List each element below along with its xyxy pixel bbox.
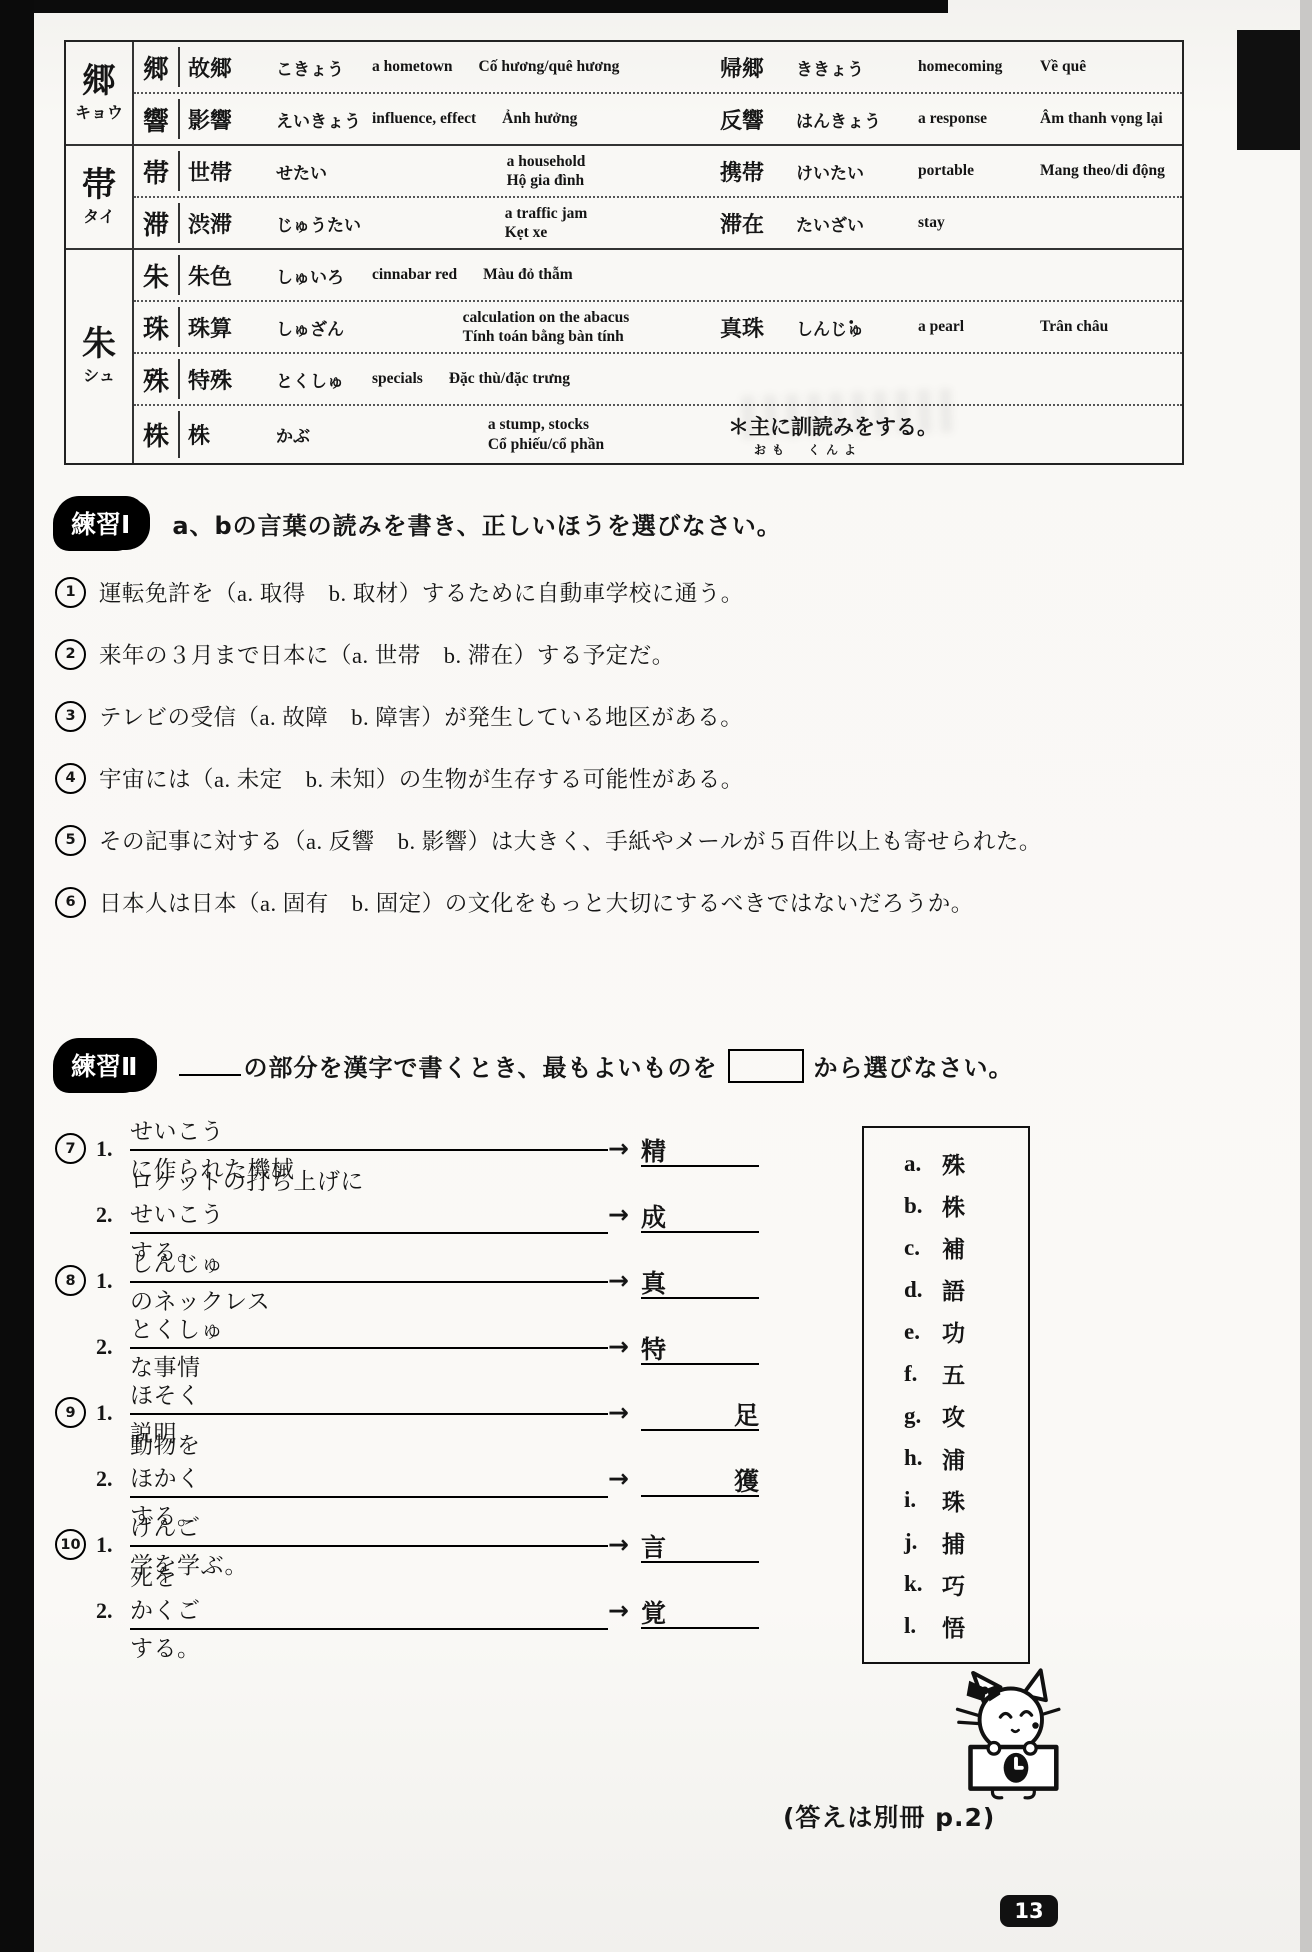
option-key: d. <box>904 1277 930 1303</box>
option-key: b. <box>904 1193 930 1219</box>
table-row: 朱朱色しゅいろcinnabar redMàu đỏ thẫm <box>134 250 1182 300</box>
compound-reading: せたい <box>276 159 372 184</box>
option-item: f.五 <box>904 1357 1028 1390</box>
question-number: 7 <box>55 1133 86 1164</box>
group-head-kanji: 帯 <box>82 168 116 202</box>
compound-reading: しゅいろ <box>276 263 372 288</box>
sub-number: 2. <box>96 1466 130 1492</box>
arrow-icon: → <box>608 1464 629 1493</box>
option-kanji: 浦 <box>942 1442 965 1475</box>
row-kanji: 郷 <box>134 47 180 87</box>
question-number: 1 <box>55 577 86 608</box>
compound-word-2: 携帯 <box>720 156 796 187</box>
page-number-badge: 13 <box>1000 1895 1058 1927</box>
option-key: i. <box>904 1487 930 1513</box>
sub-number: 1. <box>96 1268 130 1294</box>
meaning-en-2: portable <box>918 162 1040 180</box>
meaning-en-2: homecoming <box>918 58 1040 76</box>
sub-number: 2. <box>96 1598 130 1624</box>
practice1-header: 練習Ⅰ a、bの言葉の読みを書き、正しいほうを選びなさい。 <box>55 496 1275 550</box>
question-number: 9 <box>55 1397 86 1428</box>
option-key: a. <box>904 1151 930 1177</box>
meaning-vi-2: Mang theo/di động <box>1040 162 1182 180</box>
option-key: c. <box>904 1235 930 1261</box>
option-kanji: 悟 <box>942 1610 965 1643</box>
answer-blank: 成 <box>641 1197 759 1233</box>
practice2-label: 練習Ⅱ <box>55 1038 153 1092</box>
option-kanji: 五 <box>942 1357 965 1390</box>
choice-box-icon <box>728 1049 804 1083</box>
item-text: とくしゅな事情 <box>130 1311 608 1382</box>
meaning-cell: a householdHộ gia đình <box>372 152 720 191</box>
compound-reading: しゅざん <box>276 315 372 340</box>
item-text: しんじゅのネックレス <box>130 1245 608 1316</box>
meaning-vi: Kẹt xe <box>505 223 588 242</box>
sub-number: 1. <box>96 1532 130 1558</box>
meaning-en-2: stay <box>918 214 1040 232</box>
answer-kanji: 成 <box>641 1206 666 1231</box>
compound-reading: かぶ <box>276 422 372 447</box>
meaning-en: cinnabar red <box>372 265 457 284</box>
underlined-reading: ほそく <box>130 1377 608 1415</box>
option-kanji: 攻 <box>942 1399 965 1432</box>
question-text: 来年の３月まで日本に（a. 世帯 b. 滞在）する予定だ。 <box>99 638 675 670</box>
text-segment: 死を <box>130 1559 608 1592</box>
table-row: 株株かぶa stump, stocksCổ phiếu/cổ phần＊主に訓読… <box>134 404 1182 463</box>
compound-reading: こきょう <box>276 55 372 80</box>
row-kanji: 珠 <box>134 307 180 347</box>
table-row: 響影響えいきょうinfluence, effectẢnh hưởng反響はんきょ… <box>134 92 1182 144</box>
item-text: 死をかくごする。 <box>130 1559 608 1663</box>
question-text: 日本人は日本（a. 固有 b. 固定）の文化をもっと大切にするべきではないだろう… <box>99 886 974 918</box>
practice2-item: 2.とくしゅな事情→特 <box>55 1328 1285 1365</box>
scan-top-edge <box>0 0 948 13</box>
underlined-reading: かくご <box>130 1592 608 1630</box>
kanji-group: 郷キョウ郷故郷こきょうa hometownCố hương/quê hương帰… <box>66 42 1182 144</box>
row-kanji: 殊 <box>134 359 180 399</box>
arrow-icon: → <box>608 1134 629 1163</box>
row-kanji: 株 <box>134 411 180 458</box>
option-item: b.株 <box>904 1189 1028 1222</box>
group-head-reading: キョウ <box>75 100 123 123</box>
compound-word: 影響 <box>180 104 276 135</box>
meaning-cell: specialsĐặc thù/đặc trưng <box>372 369 720 388</box>
compound-reading: じゅうたい <box>276 211 372 236</box>
compound-word: 朱色 <box>180 260 276 291</box>
underlined-reading: げんご <box>130 1509 608 1547</box>
practice2-item: 91.ほそく説明→足 <box>55 1394 1285 1431</box>
practice2-item: 101.げんご学を学ぶ。→言 <box>55 1526 1285 1563</box>
practice1-instruction: a、bの言葉の読みを書き、正しいほうを選びなさい。 <box>172 506 781 541</box>
practice2-item: 81.しんじゅのネックレス→真 <box>55 1262 1285 1299</box>
question-number: 5 <box>55 825 86 856</box>
group-head: 帯タイ <box>66 146 134 248</box>
meaning-cell: a stump, stocksCổ phiếu/cổ phần <box>372 415 720 454</box>
meaning-en: a stump, stocks <box>488 415 604 434</box>
meaning-vi: Màu đỏ thẫm <box>483 265 573 284</box>
arrow-icon: → <box>608 1266 629 1295</box>
underlined-reading: せいこう <box>130 1196 608 1234</box>
practice2-item: 71.せいこうに作られた機械→精 <box>55 1130 1285 1167</box>
answer-blank: 足 <box>641 1395 759 1431</box>
scanned-textbook-page: 郷キョウ郷故郷こきょうa hometownCố hương/quê hương帰… <box>0 0 1312 1952</box>
compound-reading-2: ききょう <box>796 55 918 80</box>
group-head: 朱シュ <box>66 250 134 463</box>
sub-number: 2. <box>96 1202 130 1228</box>
compound-reading-2: はんきょう <box>796 107 918 132</box>
option-key: e. <box>904 1319 930 1345</box>
row-kanji: 帯 <box>134 151 180 191</box>
meaning-en: a traffic jam <box>505 204 588 223</box>
option-key: j. <box>904 1529 930 1555</box>
compound-reading: とくしゅ <box>276 367 372 392</box>
table-footnote: ＊主に訓読みをする。おも くんよ <box>720 411 1182 458</box>
answer-kanji: 真 <box>641 1272 666 1297</box>
option-item: a.殊 <box>904 1147 1028 1180</box>
question-number: 2 <box>55 639 86 670</box>
meaning-cell: a traffic jamKẹt xe <box>372 204 720 243</box>
compound-reading-2: しんじ̇ゅ <box>796 315 918 340</box>
option-kanji: 株 <box>942 1189 965 1222</box>
option-kanji: 巧 <box>942 1568 965 1601</box>
underlined-reading: とくしゅ <box>130 1311 608 1349</box>
option-item: c.補 <box>904 1231 1028 1264</box>
practice2-instruction-after: から選びなさい。 <box>814 1054 1014 1082</box>
meaning-en: a hometown <box>372 57 453 76</box>
sub-number: 2. <box>96 1334 130 1360</box>
meaning-vi-2: Âm thanh vọng lại <box>1040 110 1182 128</box>
option-key: l. <box>904 1613 930 1639</box>
arrow-icon: → <box>608 1398 629 1427</box>
option-kanji: 捕 <box>942 1526 965 1559</box>
practice1-section: 練習Ⅰ a、bの言葉の読みを書き、正しいほうを選びなさい。 1運転免許を（a. … <box>55 496 1275 948</box>
table-row: 殊特殊とくしゅspecialsĐặc thù/đặc trưng <box>134 352 1182 404</box>
scan-left-edge <box>0 0 34 1952</box>
meaning-vi: Cổ phiếu/cổ phần <box>488 435 604 454</box>
kanji-options-box: a.殊b.株c.補d.語e.功f.五g.攻h.浦i.珠j.捕k.巧l.悟 <box>862 1126 1030 1664</box>
option-item: l.悟 <box>904 1610 1028 1643</box>
group-head-kanji: 朱 <box>82 327 116 361</box>
option-kanji: 殊 <box>942 1147 965 1180</box>
answer-blank: 言 <box>641 1527 759 1563</box>
arrow-icon: → <box>608 1200 629 1229</box>
meaning-cell: a hometownCố hương/quê hương <box>372 57 720 76</box>
cat-mascot-illustration <box>938 1662 1068 1832</box>
text-segment: 動物を <box>130 1427 608 1460</box>
meaning-vi: Tính toán bằng bàn tính <box>463 327 630 346</box>
group-rows: 郷故郷こきょうa hometownCố hương/quê hương帰郷ききょ… <box>134 42 1182 144</box>
group-head: 郷キョウ <box>66 42 134 144</box>
table-row: 郷故郷こきょうa hometownCố hương/quê hương帰郷ききょ… <box>134 42 1182 92</box>
practice2-header: 練習Ⅱ の部分を漢字で書くとき、最もよいものをから選びなさい。 <box>55 1038 1285 1092</box>
table-row: 帯世帯せたいa householdHộ gia đình携帯けいたいportab… <box>134 146 1182 196</box>
meaning-vi: Hộ gia đình <box>507 171 586 190</box>
question-number: 3 <box>55 701 86 732</box>
option-item: j.捕 <box>904 1526 1028 1559</box>
answer-blank: 覚 <box>641 1593 759 1629</box>
kanji-table-body: 郷キョウ郷故郷こきょうa hometownCố hương/quê hương帰… <box>66 42 1182 463</box>
table-row: 珠珠算しゅざんcalculation on the abacusTính toá… <box>134 300 1182 352</box>
practice1-question: 2来年の３月まで日本に（a. 世帯 b. 滞在）する予定だ。 <box>55 638 1275 670</box>
compound-word-2: 滞在 <box>720 208 796 239</box>
underlined-reading: しんじゅ <box>130 1245 608 1283</box>
practice2-item: 2.ロケットの打ち上げにせいこうする。→成 <box>55 1196 1285 1233</box>
meaning-en-2: a response <box>918 110 1040 128</box>
answer-blank: 精 <box>641 1131 759 1167</box>
meaning-vi-2: Về quê <box>1040 58 1182 76</box>
option-key: k. <box>904 1571 930 1597</box>
chapter-tab-marker <box>1237 30 1303 150</box>
meaning-en: influence, effect <box>372 109 476 128</box>
option-item: h.浦 <box>904 1442 1028 1475</box>
group-head-reading: シュ <box>83 363 115 386</box>
answer-kanji: 足 <box>734 1404 759 1429</box>
option-key: f. <box>904 1361 930 1387</box>
compound-word: 珠算 <box>180 312 276 343</box>
answer-kanji: 特 <box>641 1338 666 1363</box>
practice1-question: 3テレビの受信（a. 故障 b. 障害）が発生している地区がある。 <box>55 700 1275 732</box>
compound-reading: えいきょう <box>276 107 372 132</box>
meaning-en: calculation on the abacus <box>463 308 630 327</box>
question-number: 10 <box>55 1529 86 1560</box>
meaning-cell: calculation on the abacusTính toán bằng … <box>372 308 720 347</box>
group-head-kanji: 郷 <box>82 64 116 98</box>
kanji-group: 朱シュ朱朱色しゅいろcinnabar redMàu đỏ thẫm珠珠算しゅざん… <box>66 248 1182 463</box>
practice1-question: 6日本人は日本（a. 固有 b. 固定）の文化をもっと大切にするべきではないだろ… <box>55 886 1275 918</box>
meaning-vi: Ảnh hưởng <box>502 109 577 128</box>
compound-word: 渋滞 <box>180 208 276 239</box>
meaning-vi-2: Trân châu <box>1040 318 1182 336</box>
table-row: 滞渋滞じゅうたいa traffic jamKẹt xe滞在たいざいstay <box>134 196 1182 248</box>
text-segment: する。 <box>130 1630 608 1663</box>
arrow-icon: → <box>608 1332 629 1361</box>
text-segment: ロケットの打ち上げに <box>130 1163 608 1196</box>
option-kanji: 補 <box>942 1231 965 1264</box>
answer-kanji: 覚 <box>641 1602 666 1627</box>
option-key: h. <box>904 1445 930 1471</box>
sub-number: 1. <box>96 1136 130 1162</box>
footnote-text: ＊主に訓読みをする。 <box>728 411 1182 441</box>
compound-reading-2: けいたい <box>796 159 918 184</box>
row-kanji: 響 <box>134 99 180 139</box>
practice2-items: 71.せいこうに作られた機械→精2.ロケットの打ち上げにせいこうする。→成81.… <box>55 1130 1285 1629</box>
compound-word: 故郷 <box>180 52 276 83</box>
underlined-reading: せいこう <box>130 1113 608 1151</box>
row-kanji: 朱 <box>134 255 180 295</box>
meaning-vi: Cố hương/quê hương <box>479 57 620 76</box>
compound-word-2: 真珠 <box>720 312 796 343</box>
group-rows: 朱朱色しゅいろcinnabar redMàu đỏ thẫm珠珠算しゅざんcal… <box>134 250 1182 463</box>
question-text: テレビの受信（a. 故障 b. 障害）が発生している地区がある。 <box>99 700 743 732</box>
question-text: 運転免許を（a. 取得 b. 取材）するために自動車学校に通う。 <box>99 576 744 608</box>
question-number: 4 <box>55 763 86 794</box>
row-kanji: 滞 <box>134 203 180 243</box>
meaning-cell: cinnabar redMàu đỏ thẫm <box>372 265 720 284</box>
question-text: その記事に対する（a. 反響 b. 影響）は大きく、手紙やメールが５百件以上も寄… <box>99 824 1042 856</box>
answer-kanji: 言 <box>641 1536 666 1561</box>
option-key: g. <box>904 1403 930 1429</box>
option-item: i.珠 <box>904 1484 1028 1517</box>
underlined-reading: ほかく <box>130 1460 608 1498</box>
group-rows: 帯世帯せたいa householdHộ gia đình携帯けいたいportab… <box>134 146 1182 248</box>
question-number: 8 <box>55 1265 86 1296</box>
compound-word: 特殊 <box>180 364 276 395</box>
practice2-instruction: の部分を漢字で書くとき、最もよいものをから選びなさい。 <box>179 1048 1013 1083</box>
option-item: g.攻 <box>904 1399 1028 1432</box>
compound-word-2: 反響 <box>720 104 796 135</box>
group-head-reading: タイ <box>83 204 115 227</box>
option-kanji: 珠 <box>942 1484 965 1517</box>
kanji-group: 帯タイ帯世帯せたいa householdHộ gia đình携帯けいたいpor… <box>66 144 1182 248</box>
question-text: 宇宙には（a. 未定 b. 未知）の生物が生存する可能性がある。 <box>99 762 744 794</box>
practice1-question: 5その記事に対する（a. 反響 b. 影響）は大きく、手紙やメールが５百件以上も… <box>55 824 1275 856</box>
meaning-vi: Đặc thù/đặc trưng <box>449 369 570 388</box>
sub-number: 1. <box>96 1400 130 1426</box>
practice1-question: 4宇宙には（a. 未定 b. 未知）の生物が生存する可能性がある。 <box>55 762 1275 794</box>
meaning-en: a household <box>507 152 586 171</box>
meaning-en-2: a pearl <box>918 318 1040 336</box>
compound-word: 株 <box>180 419 276 450</box>
scan-right-edge <box>1300 0 1312 1952</box>
practice2-item: 2.動物をほかくする。→獲 <box>55 1460 1285 1497</box>
instruction-blank-line <box>179 1054 241 1076</box>
compound-reading-2: たいざい <box>796 211 918 236</box>
practice1-label: 練習Ⅰ <box>55 496 146 550</box>
arrow-icon: → <box>608 1530 629 1559</box>
option-kanji: 功 <box>942 1315 965 1348</box>
option-item: e.功 <box>904 1315 1028 1348</box>
footnote-ruby: おも くんよ <box>728 441 1182 458</box>
compound-word: 世帯 <box>180 156 276 187</box>
answer-kanji: 精 <box>641 1140 666 1165</box>
meaning-cell: influence, effectẢnh hưởng <box>372 109 720 128</box>
answer-blank: 特 <box>641 1329 759 1365</box>
question-number: 6 <box>55 887 86 918</box>
answer-blank: 真 <box>641 1263 759 1299</box>
answer-blank: 獲 <box>641 1461 759 1497</box>
meaning-en: specials <box>372 369 423 388</box>
practice1-questions: 1運転免許を（a. 取得 b. 取材）するために自動車学校に通う。2来年の３月ま… <box>55 576 1275 918</box>
answer-kanji: 獲 <box>734 1470 759 1495</box>
practice2-item: 2.死をかくごする。→覚 <box>55 1592 1285 1629</box>
practice2-section: 練習Ⅱ の部分を漢字で書くとき、最もよいものをから選びなさい。 71.せいこうに… <box>55 1038 1285 1658</box>
kanji-vocabulary-table: 郷キョウ郷故郷こきょうa hometownCố hương/quê hương帰… <box>64 40 1184 465</box>
option-kanji: 語 <box>942 1273 965 1306</box>
compound-word-2: 帰郷 <box>720 52 796 83</box>
practice1-question: 1運転免許を（a. 取得 b. 取材）するために自動車学校に通う。 <box>55 576 1275 608</box>
option-item: d.語 <box>904 1273 1028 1306</box>
practice2-instruction-before: の部分を漢字で書くとき、最もよいものを <box>243 1054 717 1082</box>
arrow-icon: → <box>608 1596 629 1625</box>
option-item: k.巧 <box>904 1568 1028 1601</box>
